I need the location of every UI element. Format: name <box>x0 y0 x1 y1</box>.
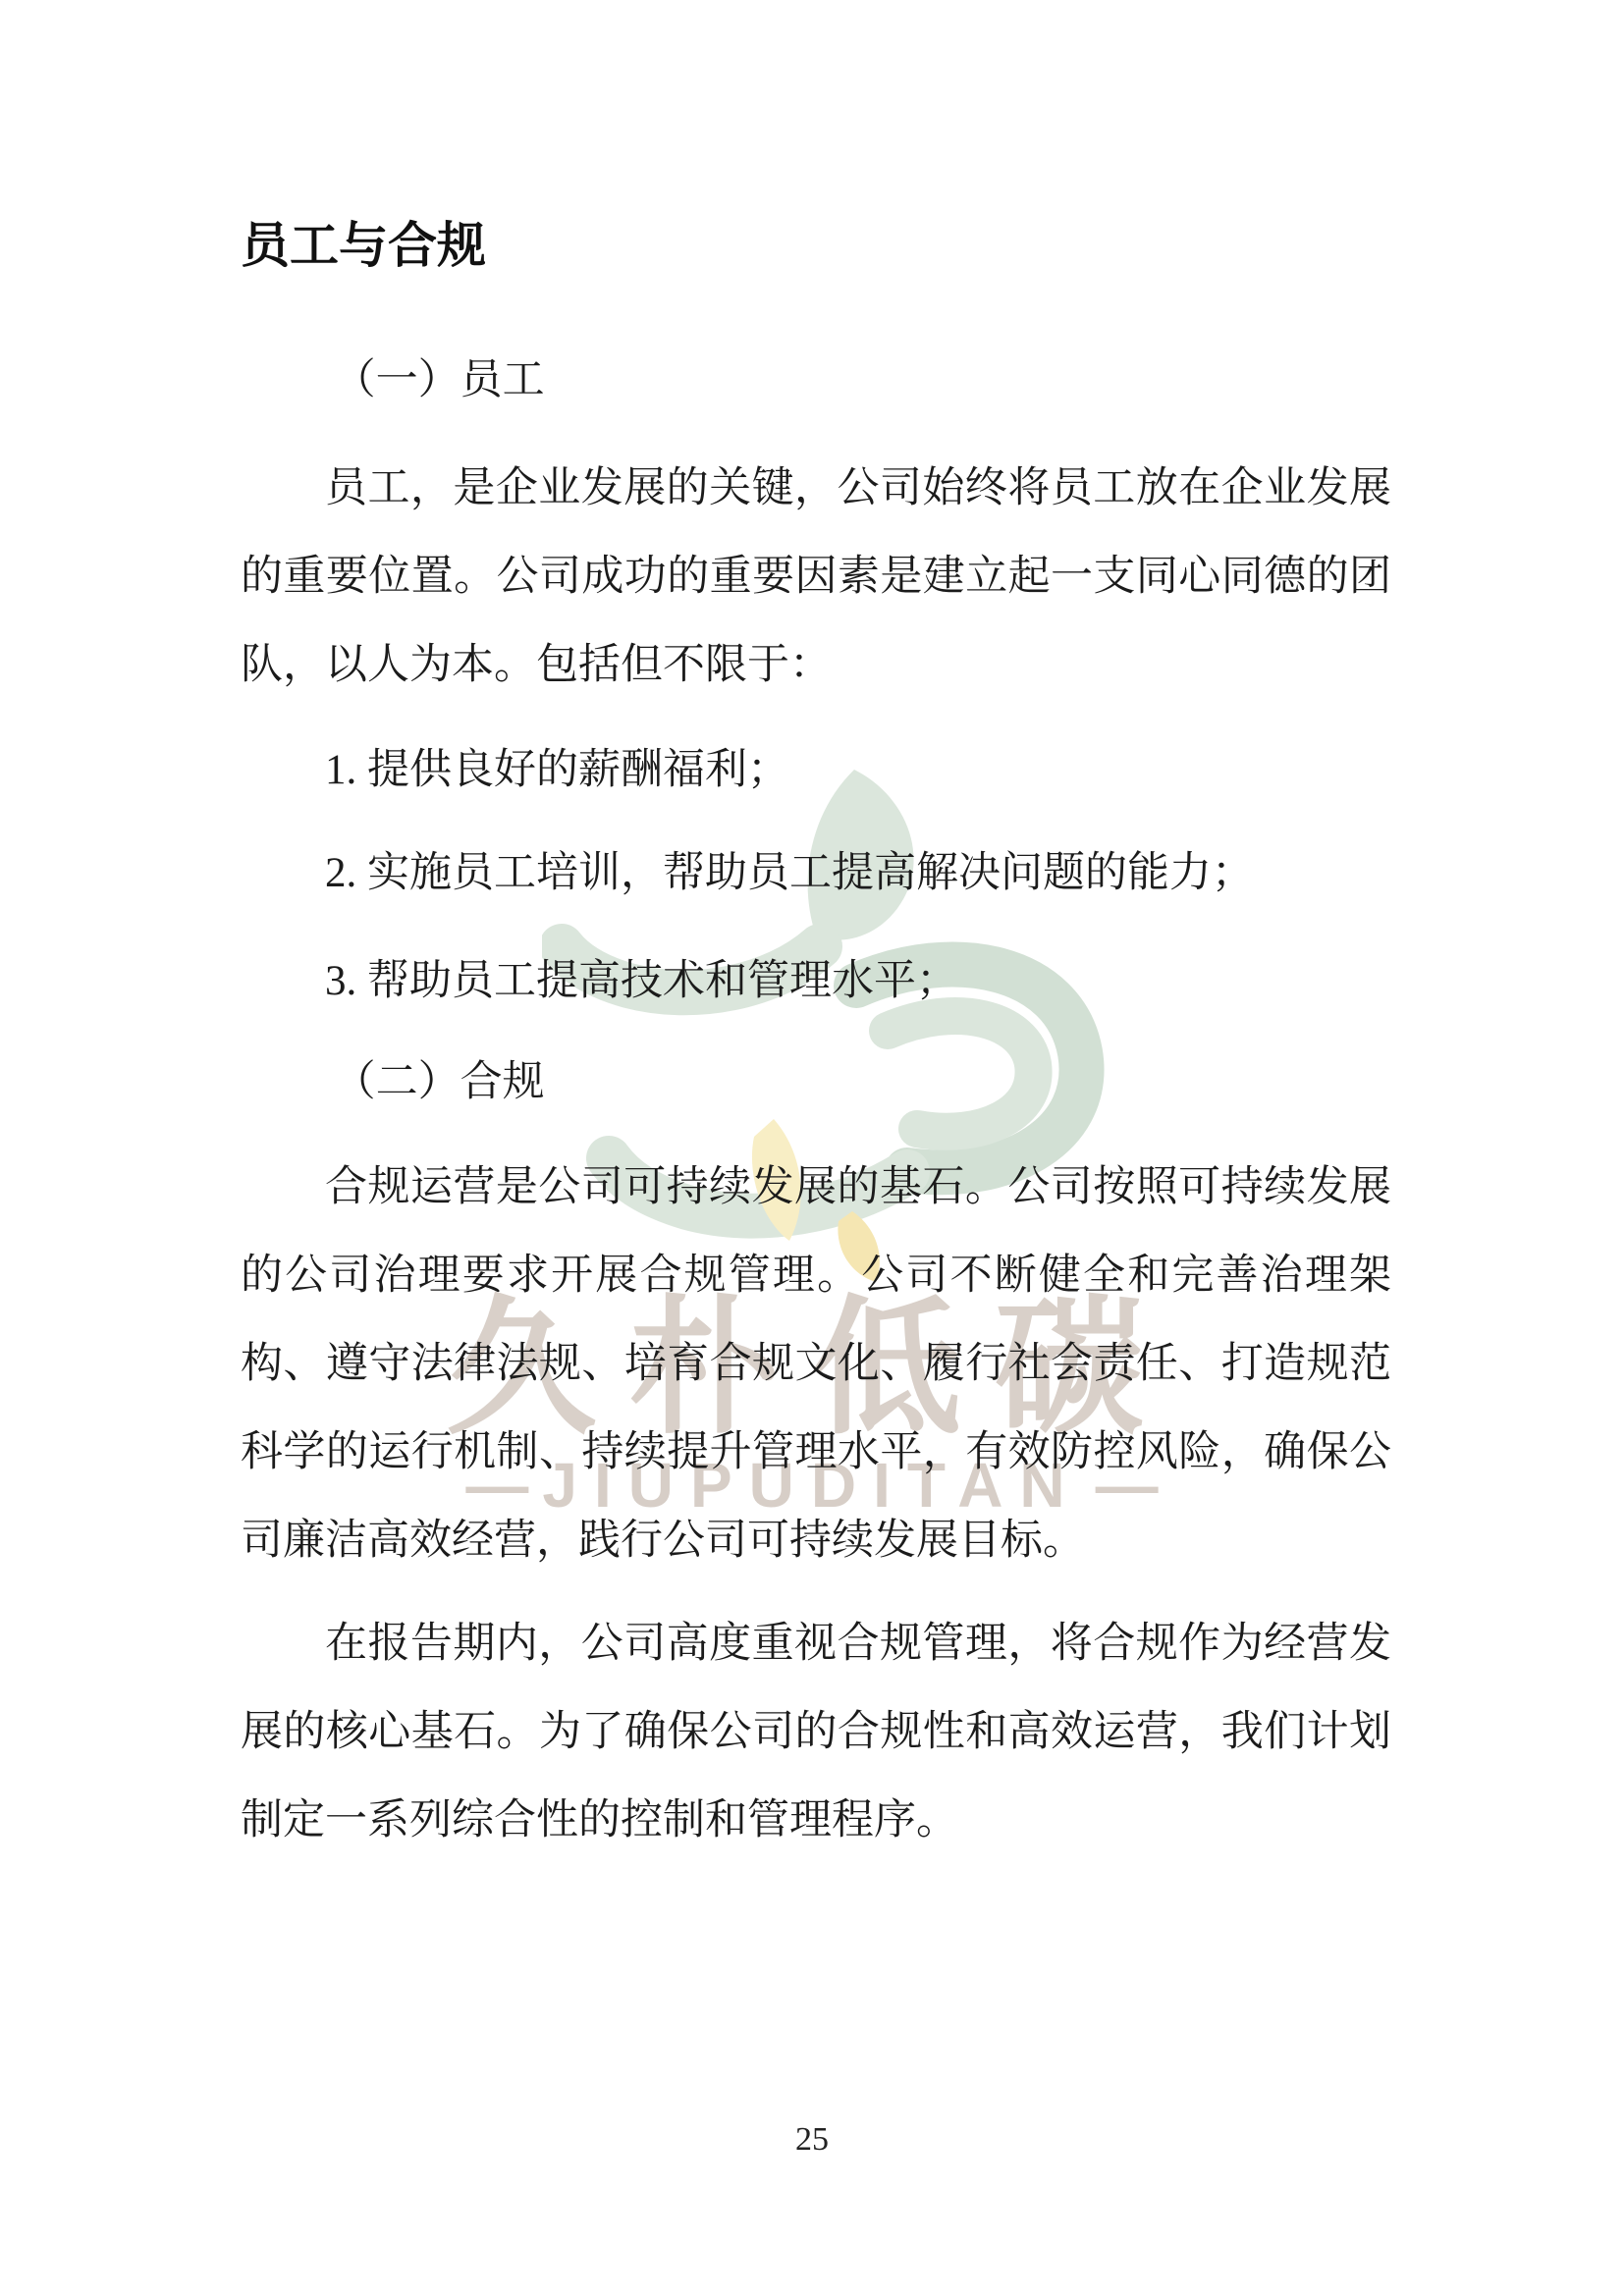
list-item-1: 1. 提供良好的薪酬福利； <box>241 726 1391 815</box>
section-1-heading: （一）员工 <box>241 337 1391 425</box>
document-page: 久朴低碳 —JIUPUDITAN— 员工与合规 （一）员工 员工，是企业发展的关… <box>0 0 1624 2296</box>
section-2-paragraph-1: 合规运营是公司可持续发展的基石。公司按照可持续发展的公司治理要求开展合规管理。公… <box>241 1144 1391 1585</box>
list-item-2: 2. 实施员工培训，帮助员工提高解决问题的能力； <box>241 829 1391 918</box>
document-content: 员工与合规 （一）员工 员工，是企业发展的关键，公司始终将员工放在企业发展的重要… <box>241 0 1391 1865</box>
section-2-paragraph-2: 在报告期内，公司高度重视合规管理，将合规作为经营发展的核心基石。为了确保公司的合… <box>241 1600 1391 1865</box>
page-number: 25 <box>0 2118 1624 2162</box>
section-2-heading: （二）合规 <box>241 1039 1391 1127</box>
page-title: 员工与合规 <box>241 0 1391 271</box>
section-1-paragraph: 员工，是企业发展的关键，公司始终将员工放在企业发展的重要位置。公司成功的重要因素… <box>241 445 1391 710</box>
list-item-3: 3. 帮助员工提高技术和管理水平； <box>241 937 1391 1026</box>
